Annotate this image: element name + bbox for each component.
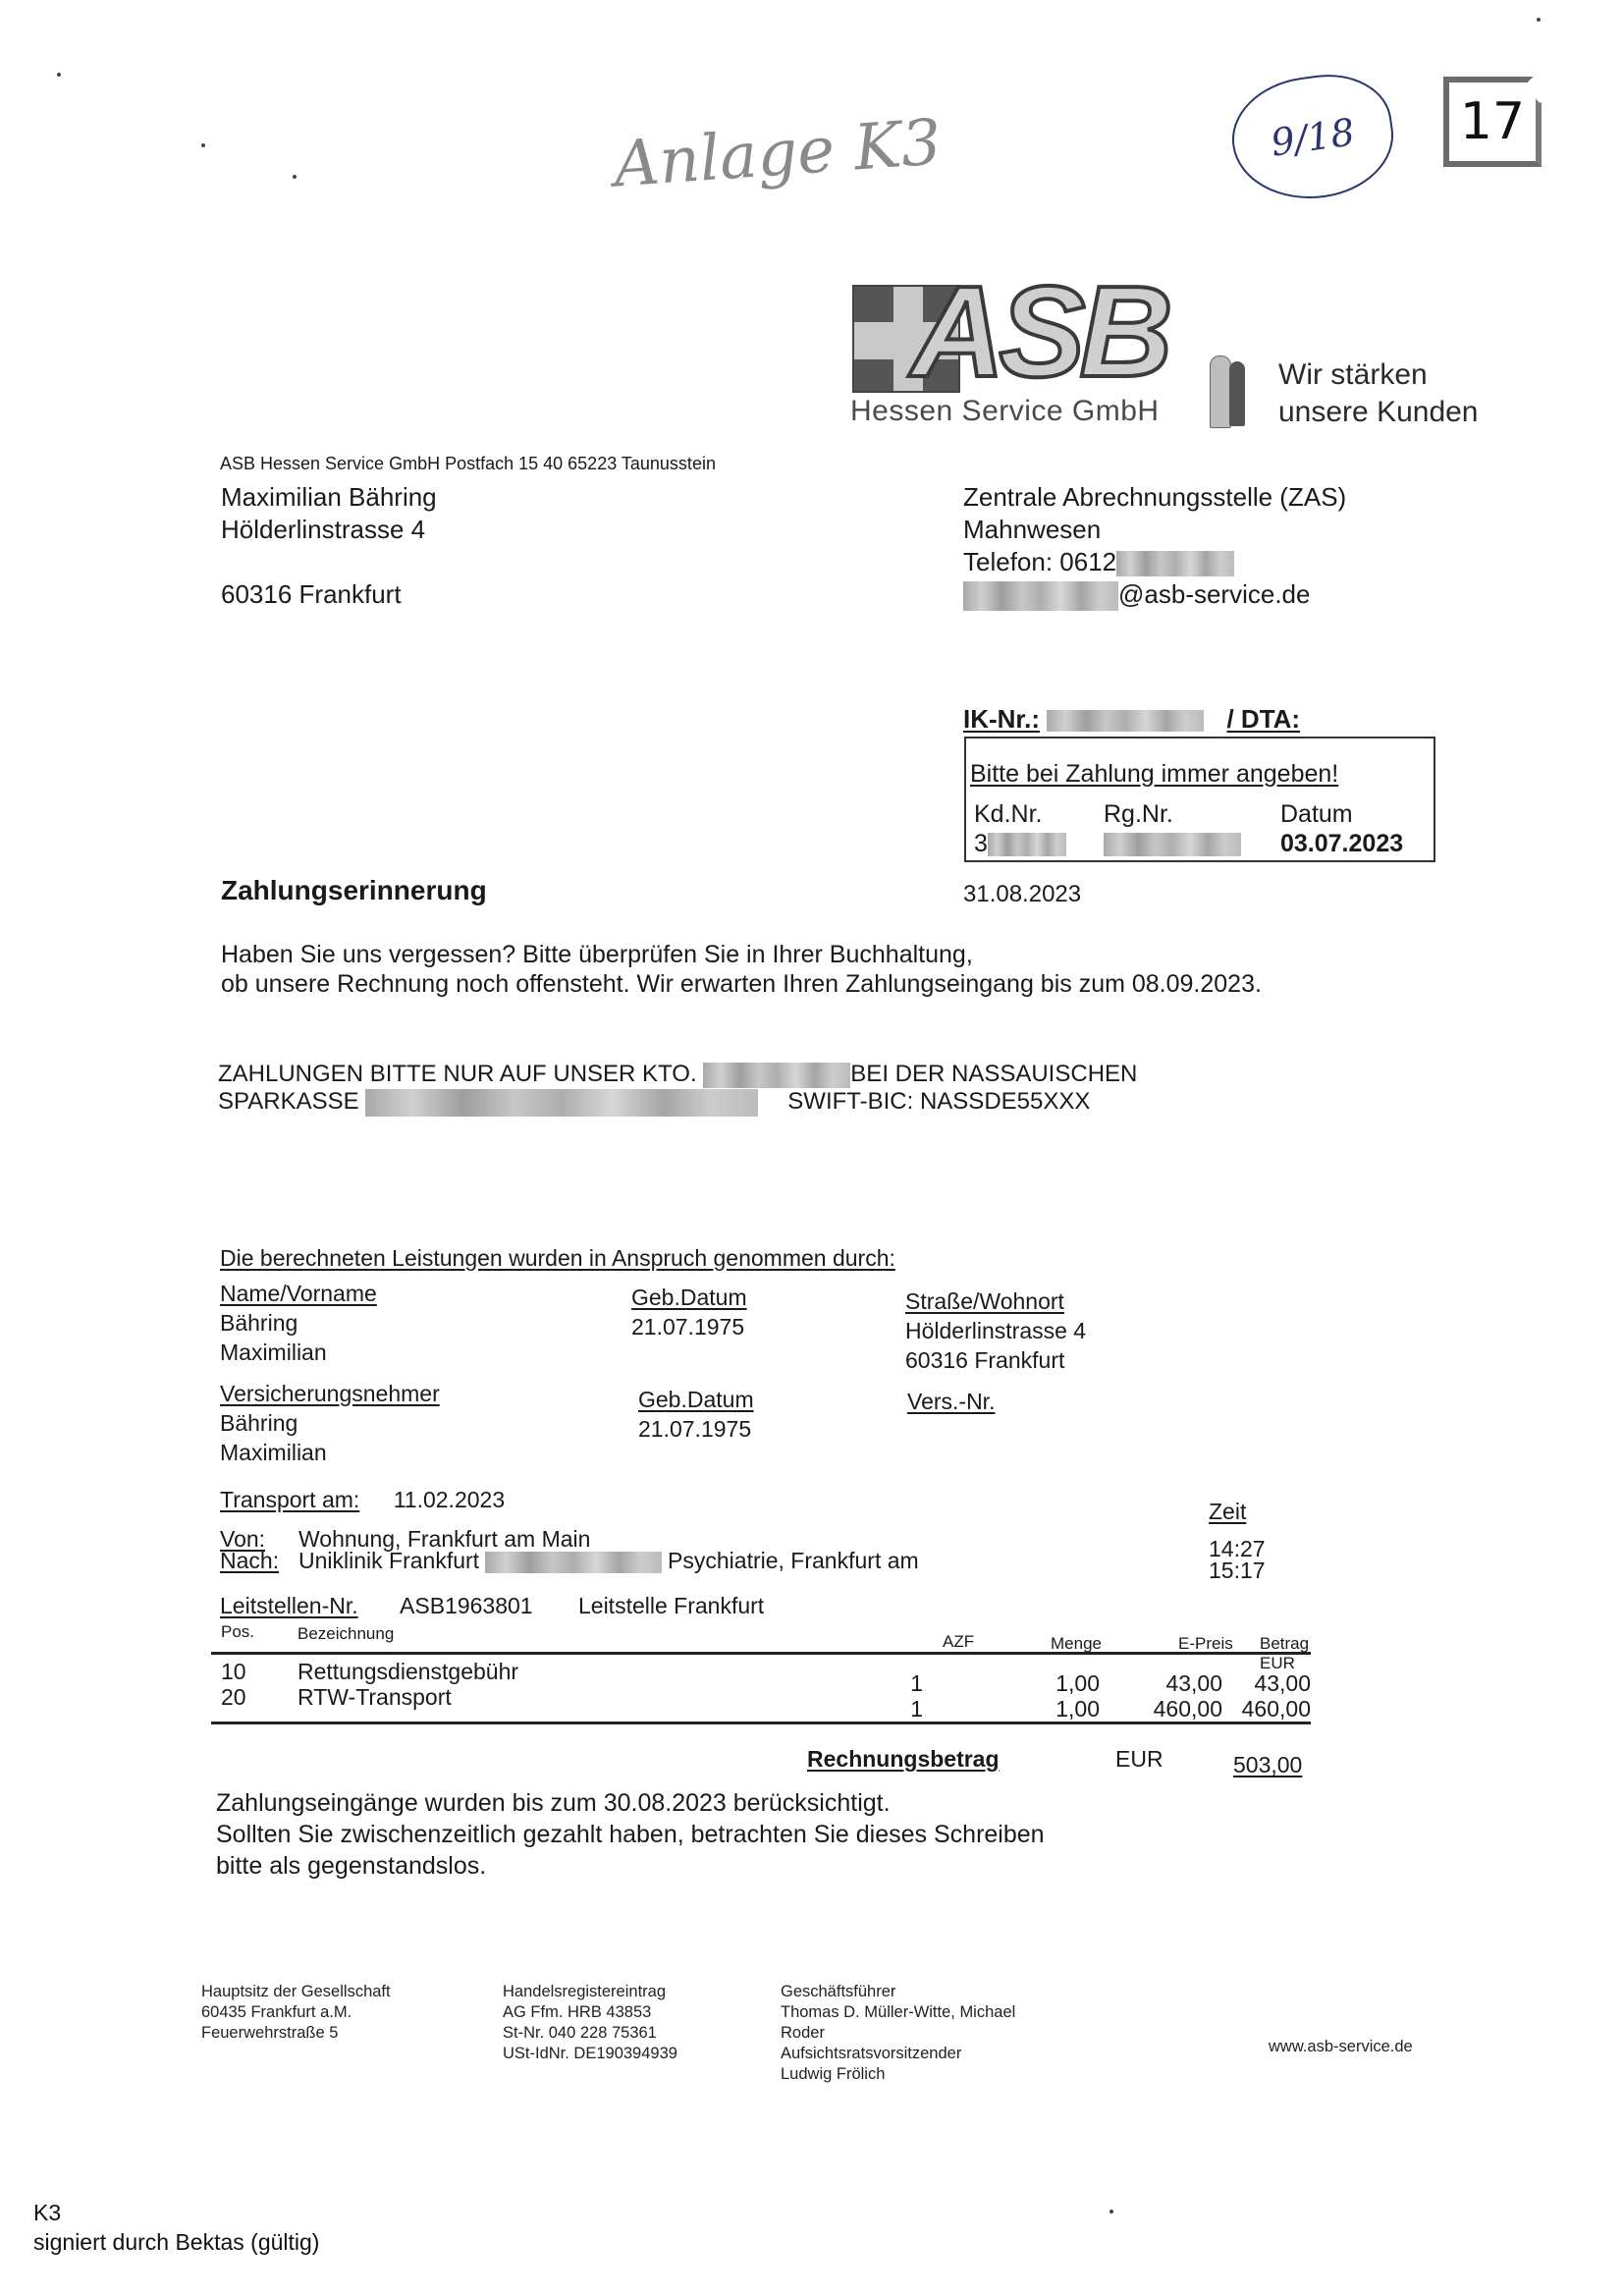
footer-line: Thomas D. Müller-Witte, Michael [781, 2002, 1015, 2023]
contact-block: Zentrale Abrechnungsstelle (ZAS) Mahnwes… [963, 481, 1346, 611]
scan-speck [293, 175, 297, 179]
footer-line: AG Ffm. HRB 43853 [503, 2002, 677, 2023]
cell-qty: 1,00 [1055, 1696, 1100, 1722]
handwritten-page-reference: 9/18 [1224, 66, 1401, 209]
letter-date: 31.08.2023 [963, 881, 1081, 908]
table-row: 10Rettungsdienstgebühr11,0043,0043,00 [211, 1659, 1311, 1684]
bank-details: ZAHLUNGEN BITTE NUR AUF UNSER KTO. BEI D… [218, 1061, 1445, 1117]
invoice-table: Pos. Bezeichnung AZF Menge E-Preis Betra… [211, 1622, 1311, 1724]
letter-title: Zahlungserinnerung [221, 875, 487, 906]
asb-logo: ASB [852, 285, 1181, 393]
patient-name: Name/Vorname Bähring Maximilian [220, 1279, 377, 1367]
recipient-name: Maximilian Bähring [221, 481, 437, 514]
table-header: Pos. Bezeichnung AZF Menge E-Preis Betra… [211, 1622, 1311, 1655]
footer-line: Roder [781, 2023, 1015, 2044]
contact-department: Zentrale Abrechnungsstelle (ZAS) [963, 481, 1346, 514]
ik-number-line: IK-Nr.: / DTA: [963, 704, 1300, 735]
redacted-account-number [703, 1063, 850, 1088]
transport-date: Transport am: 11.02.2023 [220, 1485, 505, 1514]
closing-paragraph: Zahlungseingänge wurden bis zum 30.08.20… [216, 1787, 1045, 1882]
company-subtitle: Hessen Service GmbH [850, 395, 1160, 428]
payment-reference-hint: Bitte bei Zahlung immer angeben! [970, 760, 1338, 789]
scan-speck [1537, 18, 1541, 22]
service-heading: Die berechneten Leistungen wurden in Ans… [220, 1245, 895, 1272]
transport-to: Nach:Uniklinik FrankfurtPsychiatrie, Fra… [220, 1550, 919, 1573]
footer-line: Geschäftsführer [781, 1982, 1015, 2002]
footer-line: Ludwig Frölich [781, 2064, 1015, 2085]
footer-line: USt-IdNr. DE190394939 [503, 2044, 677, 2064]
time-label: Zeit [1209, 1497, 1246, 1526]
cell-unit-price: 460,00 [1154, 1696, 1222, 1722]
cell-desc: Rettungsdienstgebühr [298, 1659, 518, 1685]
insured-dob: Geb.Datum 21.07.1975 [638, 1385, 754, 1444]
dispatch-center: Leitstellen-Nr. ASB1963801 Leitstelle Fr… [220, 1591, 764, 1620]
table-bottom-rule [211, 1722, 1311, 1724]
footer-headquarters: Hauptsitz der Gesellschaft60435 Frankfur… [201, 1982, 391, 2044]
footer-line: Feuerwehrstraße 5 [201, 2023, 391, 2044]
footer-website[interactable]: www.asb-service.de [1269, 2037, 1413, 2057]
cell-pos: 20 [221, 1684, 246, 1711]
slogan-line: Wir stärken [1278, 356, 1479, 394]
cell-pos: 10 [221, 1659, 246, 1685]
contact-email: @asb-service.de [963, 578, 1346, 611]
insurance-number: Vers.-Nr. [907, 1387, 995, 1416]
footer-line: Handelsregistereintrag [503, 1982, 677, 2002]
redacted-iban [365, 1089, 758, 1117]
payment-reference-box: Bitte bei Zahlung immer angeben! Kd.Nr. … [964, 737, 1435, 862]
scan-speck [57, 73, 61, 77]
footer-register: HandelsregistereintragAG Ffm. HRB 43853S… [503, 1982, 677, 2064]
redacted-ik-number [1047, 710, 1204, 732]
total-label: Rechnungsbetrag [807, 1746, 1000, 1773]
customer-number: Kd.Nr. 3 [974, 799, 1066, 858]
footer-management: GeschäftsführerThomas D. Müller-Witte, M… [781, 1982, 1015, 2085]
redacted-customer-number [988, 833, 1066, 856]
redacted-email [963, 581, 1118, 611]
table-row: 20RTW-Transport11,00460,00460,00 [211, 1684, 1311, 1722]
contact-phone: Telefon: 0612 [963, 546, 1346, 578]
logo-wordmark: ASB [911, 257, 1167, 406]
recipient-city: 60316 Frankfurt [221, 578, 437, 611]
redacted-invoice-number [1104, 833, 1241, 856]
total-currency: EUR [1115, 1746, 1163, 1773]
transport-route: Von:Wohnung, Frankfurt am Main Nach:Unik… [220, 1528, 919, 1573]
footer-line: Aufsichtsratsvorsitzender [781, 2044, 1015, 2064]
cell-amount: 460,00 [1242, 1696, 1311, 1722]
slogan: Wir stärken unsere Kunden [1278, 356, 1479, 431]
transport-times: 14:27 15:17 [1209, 1538, 1266, 1581]
handwritten-exhibit-label: Anlage K3 [612, 106, 944, 201]
redacted-clinic-detail [485, 1552, 662, 1573]
signature-note: K3 signiert durch Bektas (gültig) [33, 2198, 319, 2257]
insured-person: Versicherungsnehmer Bähring Maximilian [220, 1379, 440, 1467]
redacted-phone [1116, 551, 1234, 576]
page-number-stamp: 17 [1443, 77, 1542, 167]
intro-paragraph: Haben Sie uns vergessen? Bitte überprüfe… [221, 940, 1262, 999]
recipient-street: Hölderlinstrasse 4 [221, 514, 437, 546]
slogan-line: unsere Kunden [1278, 394, 1479, 431]
scan-speck [1109, 2210, 1113, 2214]
invoice-number: Rg.Nr. [1104, 799, 1241, 858]
footer-line: Hauptsitz der Gesellschaft [201, 1982, 391, 2002]
footer-line: St-Nr. 040 228 75361 [503, 2023, 677, 2044]
total-amount: 503,00 [1233, 1752, 1302, 1778]
cell-azf: 1 [910, 1696, 923, 1722]
contact-division: Mahnwesen [963, 514, 1346, 546]
sender-return-address: ASB Hessen Service GmbH Postfach 15 40 6… [220, 454, 716, 474]
cell-desc: RTW-Transport [298, 1684, 452, 1711]
people-icon [1210, 355, 1249, 426]
invoice-date: Datum 03.07.2023 [1280, 799, 1403, 858]
patient-address: Straße/Wohnort Hölderlinstrasse 4 60316 … [905, 1286, 1086, 1375]
footer-line: 60435 Frankfurt a.M. [201, 2002, 391, 2023]
transport-from: Von:Wohnung, Frankfurt am Main [220, 1528, 919, 1550]
recipient-address: Maximilian Bähring Hölderlinstrasse 4 60… [221, 481, 437, 611]
scan-speck [201, 143, 205, 147]
patient-dob: Geb.Datum 21.07.1975 [631, 1283, 747, 1341]
